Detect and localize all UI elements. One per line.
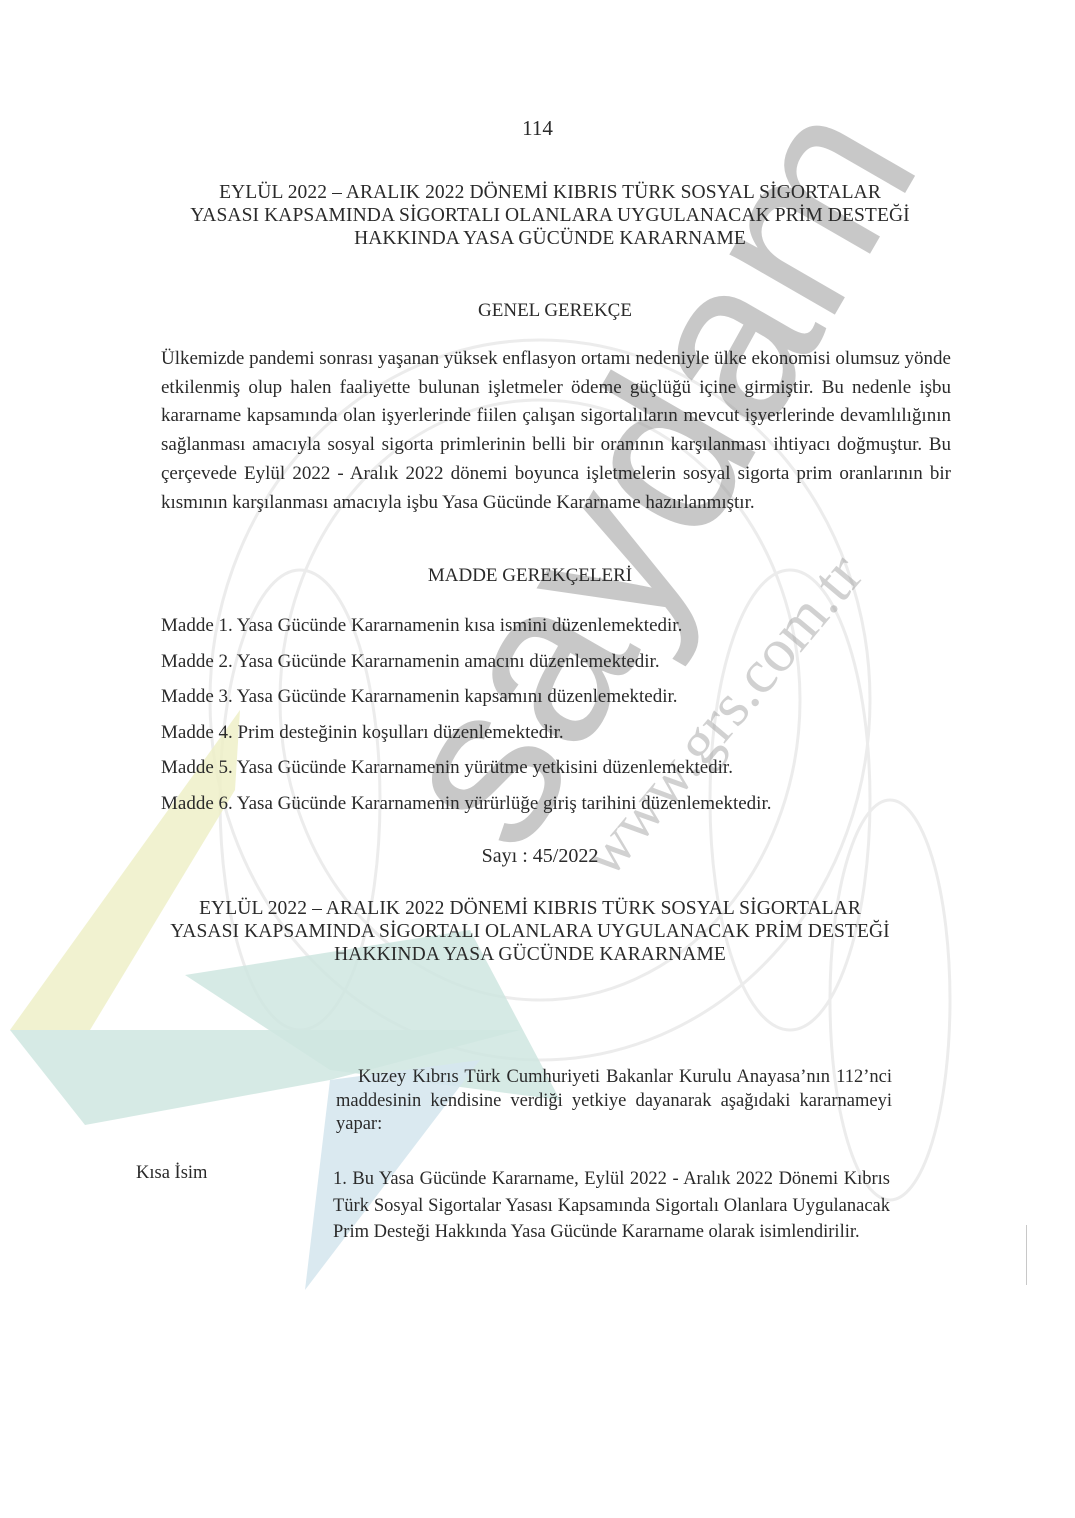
title-line: EYLÜL 2022 – ARALIK 2022 DÖNEMİ KIBRIS T… [120, 897, 940, 920]
scan-edge-line [1026, 1225, 1027, 1285]
list-item: Madde 1. Yasa Gücünde Kararnamenin kısa … [161, 612, 771, 648]
decree-number: Sayı : 45/2022 [440, 845, 640, 868]
title-line: HAKKINDA YASA GÜCÜNDE KARARNAME [120, 943, 940, 966]
page-number: 114 [0, 116, 1075, 141]
list-item: Madde 3. Yasa Gücünde Kararnamenin kapsa… [161, 683, 771, 719]
general-rationale-heading: GENEL GEREKÇE [420, 300, 690, 322]
general-rationale-text: Ülkemizde pandemi sonrası yaşanan yüksek… [161, 345, 951, 517]
article-1-text: 1. Bu Yasa Gücünde Kararname, Eylül 2022… [333, 1166, 890, 1246]
article-side-label: Kısa İsim [136, 1163, 207, 1184]
list-item: Madde 4. Prim desteğinin koşulları düzen… [161, 719, 771, 755]
document-title-top: EYLÜL 2022 – ARALIK 2022 DÖNEMİ KIBRIS T… [140, 181, 960, 250]
list-item: Madde 6. Yasa Gücünde Kararnamenin yürür… [161, 790, 771, 826]
title-line: HAKKINDA YASA GÜCÜNDE KARARNAME [140, 227, 960, 250]
list-item: Madde 2. Yasa Gücünde Kararnamenin amacı… [161, 648, 771, 684]
article-rationales-heading: MADDE GEREKÇELERİ [390, 565, 670, 587]
preamble-text: Kuzey Kıbrıs Türk Cumhuriyeti Bakanlar K… [336, 1066, 892, 1137]
title-line: EYLÜL 2022 – ARALIK 2022 DÖNEMİ KIBRIS T… [140, 181, 960, 204]
document-title-bottom: EYLÜL 2022 – ARALIK 2022 DÖNEMİ KIBRIS T… [120, 897, 940, 966]
title-line: YASASI KAPSAMINDA SİGORTALI OLANLARA UYG… [120, 920, 940, 943]
document-page: 114 EYLÜL 2022 – ARALIK 2022 DÖNEMİ KIBR… [0, 0, 1075, 1518]
article-rationales-list: Madde 1. Yasa Gücünde Kararnamenin kısa … [161, 612, 771, 826]
title-line: YASASI KAPSAMINDA SİGORTALI OLANLARA UYG… [140, 204, 960, 227]
list-item: Madde 5. Yasa Gücünde Kararnamenin yürüt… [161, 754, 771, 790]
